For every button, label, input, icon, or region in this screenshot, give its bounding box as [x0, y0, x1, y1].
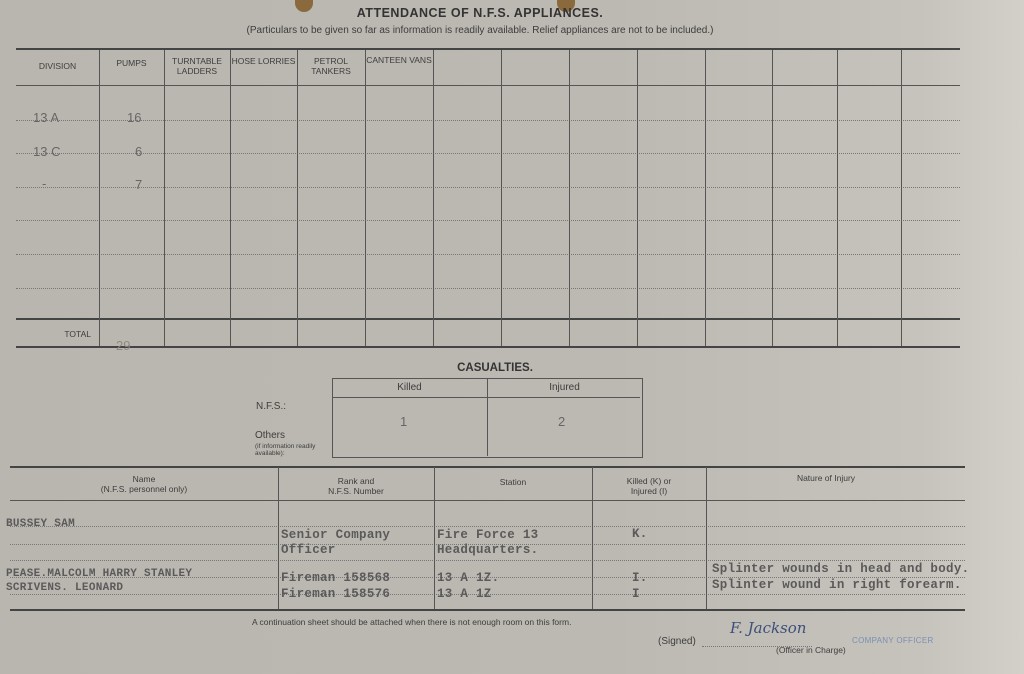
division-cell: - — [42, 176, 46, 191]
personnel-name: BUSSEY SAM — [6, 518, 75, 530]
personnel-header-line — [10, 500, 965, 501]
col-header-nature-of-injury: Nature of Injury — [706, 473, 946, 483]
casualties-killed-header: Killed — [332, 382, 487, 393]
col-divider — [705, 50, 706, 346]
col-divider — [434, 467, 435, 609]
col-divider — [569, 50, 570, 346]
col-header-rank-text: Rank and — [278, 476, 434, 486]
col-divider — [230, 50, 231, 346]
company-officer-stamp: COMPANY OFFICER — [852, 636, 934, 645]
pumps-cell: 7 — [135, 177, 142, 192]
casualties-others-note: (if information readily available): — [255, 443, 325, 457]
col-header-killed-injured: Killed (K) or Injured (I) — [592, 476, 706, 496]
division-cell: 13 C — [33, 144, 60, 159]
table-top-border — [16, 48, 960, 50]
personnel-killed-injured: K. — [632, 527, 648, 541]
division-cell: 13 A — [33, 110, 59, 125]
pumps-cell: 16 — [127, 110, 141, 125]
row-line — [16, 220, 960, 221]
row-line — [10, 526, 965, 527]
col-header-rank: Rank and N.F.S. Number — [278, 476, 434, 496]
signed-label: (Signed) — [658, 636, 696, 647]
pumps-cell: 6 — [135, 144, 142, 159]
personnel-injury: Splinter wounds in head and body. — [712, 562, 969, 576]
col-divider — [501, 50, 502, 346]
personnel-station: 13 A 1Z. — [437, 571, 499, 585]
col-divider — [433, 50, 434, 346]
col-header-petrol-tankers: PETROL TANKERS — [297, 56, 365, 76]
col-header-pumps: PUMPS — [99, 58, 164, 68]
col-header-station: Station — [434, 477, 592, 487]
col-divider — [365, 50, 366, 346]
row-line — [16, 254, 960, 255]
table-bottom-border — [16, 346, 960, 348]
personnel-rank: Senior Company — [281, 528, 390, 542]
row-line — [16, 120, 960, 121]
row-line — [16, 187, 960, 188]
casualties-others-label: Others — [255, 430, 285, 441]
personnel-station: Fire Force 13 — [437, 528, 538, 542]
personnel-bottom-border — [10, 609, 965, 611]
col-divider — [297, 50, 298, 346]
page-subtitle: (Particulars to be given so far as infor… — [0, 25, 960, 36]
table-header-line — [16, 85, 960, 86]
col-divider — [901, 50, 902, 346]
col-divider — [772, 50, 773, 346]
row-line — [16, 153, 960, 154]
col-header-name-sub: (N.F.S. personnel only) — [10, 484, 278, 494]
casualties-title: CASUALTIES. — [420, 362, 570, 374]
row-line — [10, 560, 965, 561]
col-header-name: Name (N.F.S. personnel only) — [10, 474, 278, 494]
personnel-rank-cont: Officer — [281, 543, 336, 557]
col-header-hose-lorries: HOSE LORRIES — [230, 56, 297, 66]
personnel-rank: Fireman 158568 — [281, 571, 390, 585]
personnel-station-cont: Headquarters. — [437, 543, 538, 557]
total-label: TOTAL — [16, 329, 91, 339]
form-page: ATTENDANCE OF N.F.S. APPLIANCES. (Partic… — [0, 0, 1024, 674]
total-pumps-cell: 29 — [116, 338, 130, 353]
personnel-top-border — [10, 466, 965, 468]
col-header-canteen-vans: CANTEEN VANS — [365, 55, 433, 65]
col-header-rank-sub: N.F.S. Number — [278, 486, 434, 496]
nfs-killed-value: 1 — [400, 414, 407, 429]
col-header-name-text: Name — [10, 474, 278, 484]
total-top-line — [16, 318, 960, 320]
col-divider — [164, 50, 165, 346]
col-header-division: DIVISION — [16, 61, 99, 71]
casualties-injured-header: Injured — [488, 382, 641, 393]
signature: F. Jackson — [730, 619, 806, 637]
col-header-ki-text: Killed (K) or — [592, 476, 706, 486]
personnel-name: SCRIVENS. LEONARD — [6, 582, 123, 594]
col-divider — [706, 467, 707, 609]
row-line — [16, 288, 960, 289]
col-header-ki-sub: Injured (I) — [592, 486, 706, 496]
col-header-turntable-ladders: TURNTABLE LADDERS — [164, 56, 230, 76]
personnel-killed-injured: I — [632, 587, 640, 601]
col-divider — [99, 50, 100, 346]
personnel-station: 13 A 1Z — [437, 587, 492, 601]
personnel-rank: Fireman 158576 — [281, 587, 390, 601]
col-divider — [637, 50, 638, 346]
page-title: ATTENDANCE OF N.F.S. APPLIANCES. — [0, 6, 960, 20]
continuation-note: A continuation sheet should be attached … — [252, 617, 571, 627]
nfs-injured-value: 2 — [558, 414, 565, 429]
officer-in-charge-label: (Officer in Charge) — [776, 645, 846, 655]
personnel-killed-injured: I. — [632, 571, 648, 585]
col-divider — [837, 50, 838, 346]
casualties-nfs-label: N.F.S.: — [256, 401, 286, 412]
personnel-injury: Splinter wound in right forearm. — [712, 578, 962, 592]
personnel-name: PEASE.MALCOLM HARRY STANLEY — [6, 568, 192, 580]
